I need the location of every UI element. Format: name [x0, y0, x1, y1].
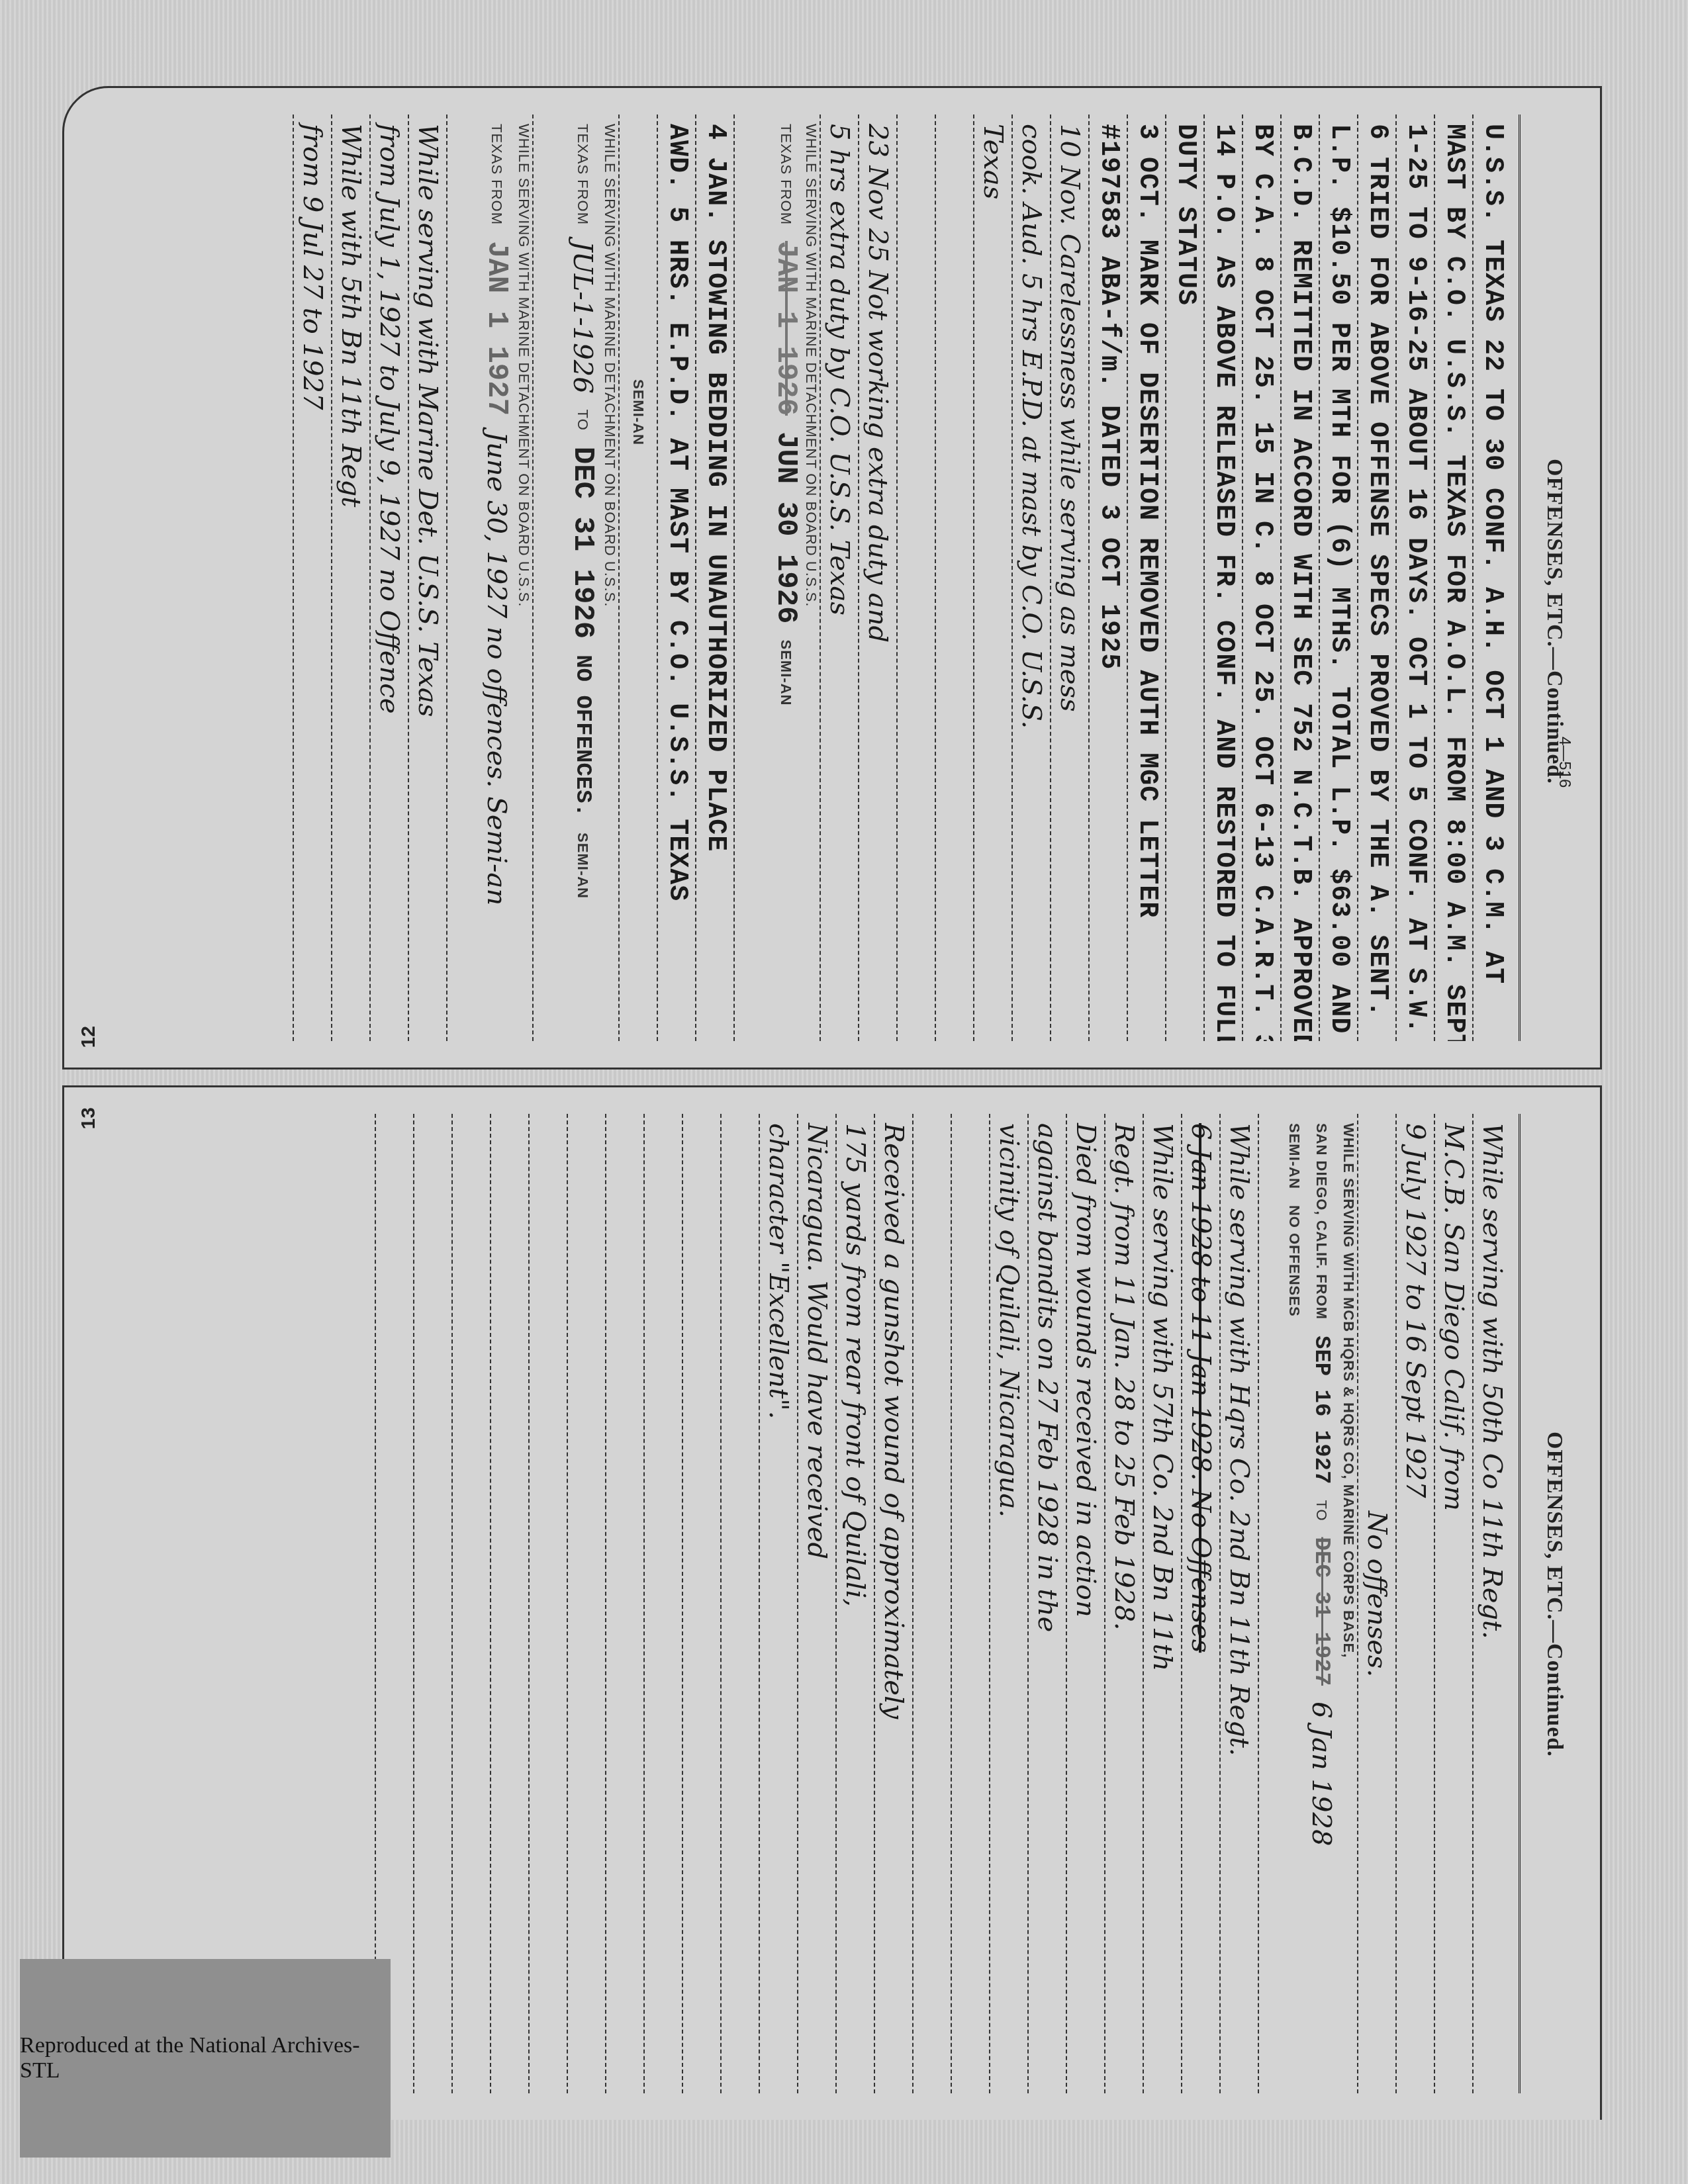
left-page: 4—516 OFFENSES, ETC.—Continued. U.S.S. T… [62, 86, 1602, 1069]
entry-line: L.P. $10.50 PER MTH FOR (6) MTHS. TOTAL … [1319, 114, 1357, 1041]
entry-line: While serving with Marine Det. U.S.S. Te… [408, 114, 446, 1041]
entry-line: 6 Jan 1928 to 11 Jan 1928. No Offenses [1181, 1114, 1219, 2093]
entry-line: 1-25 TO 9-16-25 ABOUT 16 DAYS. OCT 1 TO … [1395, 114, 1434, 1041]
blank-line [605, 1114, 643, 2093]
stamp-label: WHILE SERVING WITH MARINE DETACHMENT ON … [515, 124, 532, 1041]
stamp-from-label: TEXAS FROM [574, 124, 591, 225]
stamp-to-date: JUN 30 1926 [769, 432, 802, 623]
service-stamp-2: WHILE SERVING WITH MARINE DETACHMENT ON … [532, 114, 618, 1041]
stamp-from-date: JUL-1-1926 [564, 241, 601, 394]
entry-line: 10 Nov. Carelessness while serving as me… [1050, 114, 1088, 1041]
entry-line: 3 OCT. MARK OF DESERTION REMOVED AUTH MG… [1127, 114, 1165, 1041]
stamp-from-date: SEP 16 1927 [1309, 1336, 1334, 1484]
grade-stamp: SEMI-AN [618, 114, 657, 1041]
entry-line: Regt. from 11 Jan. 28 to 25 Feb 1928. [1104, 1114, 1143, 2093]
entry-line [912, 1114, 951, 2093]
entry-line: from July 1, 1927 to July 9, 1927 no Off… [369, 114, 408, 1041]
entry-line: 14 P.O. AS ABOVE RELEASED FR. CONF. AND … [1203, 114, 1242, 1041]
stamp-status: NO OFFENCES. [570, 655, 595, 817]
right-page-heading: OFFENSES, ETC.—Continued. [1542, 1432, 1567, 1757]
entry-line: 4 JAN. STOWING BEDDING IN UNAUTHORIZED P… [695, 114, 733, 1041]
stamp-handwritten: June 30, 1927 no offences. Semi-an [478, 432, 515, 905]
blank-line [682, 1114, 720, 2093]
stamp-grade: SEMI-AN [1286, 1123, 1303, 1189]
entry-line: Nicaragua. Would have received [797, 1114, 835, 2093]
stamp-handwritten-date: 6 Jan 1928 [1303, 1702, 1340, 1846]
entry-line: Received a gunshot wound of approximatel… [874, 1114, 912, 2093]
stamp-to-date: DEC 31 1927 [1309, 1537, 1334, 1686]
right-entries: While serving with 50th Co 11th Regt. M.… [375, 1114, 1511, 2093]
entry-line: AWD. 5 HRS. E.P.D. AT MAST BY C.O. U.S.S… [657, 114, 695, 1041]
entry-line: DUTY STATUS [1165, 114, 1203, 1041]
entry-line: No offenses. [1357, 1114, 1395, 2093]
stamp-from-date: JAN 1 1926 [769, 241, 802, 416]
stamp-location: SAN DIEGO, CALIF. FROM [1313, 1123, 1330, 1320]
entry-line: 9 July 1927 to 16 Sept 1927 [1395, 1114, 1434, 2093]
left-page-heading: OFFENSES, ETC.—Continued. [1542, 459, 1567, 784]
entry-line: M.C.B. San Diego Calif. from [1434, 1114, 1472, 2093]
stamp-to-label: TO [574, 410, 591, 431]
blank-line [643, 1114, 682, 2093]
stamp-from-label: TEXAS FROM [488, 124, 505, 225]
entry-line: B.C.D. REMITTED IN ACCORD WITH SEC 752 N… [1280, 114, 1319, 1041]
stamp-to-label: TO [1313, 1500, 1330, 1521]
entry-line: While serving with 50th Co 11th Regt. [1472, 1114, 1511, 2093]
blank-line [375, 1114, 413, 2093]
stamp-label: WHILE SERVING WITH MARINE DETACHMENT ON … [601, 124, 618, 1041]
entry-line [935, 114, 973, 1041]
service-stamp-3: WHILE SERVING WITH MARINE DETACHMENT ON … [446, 114, 532, 1041]
entry-line: 6 TRIED FOR ABOVE OFFENSE SPECS PROVED B… [1357, 114, 1395, 1041]
blank-line [567, 1114, 605, 2093]
entry-line: 175 yards from rear front of Quilali, [835, 1114, 874, 2093]
entry-line: cook. Aud. 5 hrs E.P.D. at mast by C.O. … [1011, 114, 1050, 1041]
blank-line [413, 1114, 451, 2093]
entry-line: Died from wounds received in action [1066, 1114, 1104, 2093]
page-number-left: 12 [77, 1026, 100, 1048]
document-spread: 4—516 OFFENSES, ETC.—Continued. U.S.S. T… [0, 0, 1688, 2184]
entry-line: U.S.S. TEXAS 22 TO 30 CONF. A.H. OCT 1 A… [1472, 114, 1511, 1041]
entry-line: 5 hrs extra duty by C.O. U.S.S. Texas [820, 114, 858, 1041]
blank-line [451, 1114, 490, 2093]
blank-line [490, 1114, 528, 2093]
entry-line: against bandits on 27 Feb 1928 in the [1027, 1114, 1066, 2093]
blank-line [528, 1114, 567, 2093]
entry-line: #197583 ABA-f/m. DATED 3 OCT 1925 [1088, 114, 1127, 1041]
stamp-label: WHILE SERVING WITH MARINE DETACHMENT ON … [802, 124, 820, 1041]
entry-line: 23 Nov 25 Not working extra duty and [858, 114, 896, 1041]
page-number-right: 13 [77, 1107, 100, 1129]
entry-line: MAST BY C.O. U.S.S. TEXAS FOR A.O.L. FRO… [1434, 114, 1472, 1041]
stamp-from-date: JAN 1 1927 [480, 241, 513, 416]
stamp-from-label: TEXAS FROM [777, 124, 794, 225]
stamp-status: NO OFFENSES [1286, 1205, 1303, 1317]
entry-line: vicinity of Quilali, Nicaragua. [989, 1114, 1027, 2093]
stamp-label: WHILE SERVING WITH MCB HQRS & HQRS CO, M… [1340, 1123, 1357, 2093]
archive-stamp: Reproduced at the National Archives- STL [20, 1959, 391, 2158]
archive-stamp-text: Reproduced at the National Archives- STL [20, 2033, 391, 2083]
entry-line: While serving with Hqrs Co. 2nd Bn 11th … [1219, 1114, 1258, 2093]
entry-line: While serving with 57th Co. 2nd Bn 11th [1143, 1114, 1181, 2093]
heading-rule [1519, 1114, 1521, 2093]
stamp-grade: SEMI-AN [777, 640, 794, 706]
blank-line [720, 1114, 759, 2093]
entry-line: Texas [973, 114, 1011, 1041]
entry-line [896, 114, 935, 1041]
left-entries: U.S.S. TEXAS 22 TO 30 CONF. A.H. OCT 1 A… [293, 114, 1511, 1041]
service-stamp-1: WHILE SERVING WITH MARINE DETACHMENT ON … [733, 114, 820, 1041]
entry-line: BY C.A. 8 OCT 25. 15 IN C. 8 OCT 25. OCT… [1242, 114, 1280, 1041]
entry-line: from 9 Jul 27 to 1927 [293, 114, 331, 1041]
entry-line: character "Excellent". [759, 1114, 797, 2093]
entry-line: While with 5th Bn 11th Regt [331, 114, 369, 1041]
stamp-to-date: DEC 31 1926 [566, 447, 599, 639]
heading-rule [1519, 114, 1521, 1041]
entry-line [951, 1114, 989, 2093]
stamp-grade: SEMI-AN [574, 833, 591, 899]
service-stamp-right: WHILE SERVING WITH MCB HQRS & HQRS CO, M… [1258, 1114, 1357, 2093]
